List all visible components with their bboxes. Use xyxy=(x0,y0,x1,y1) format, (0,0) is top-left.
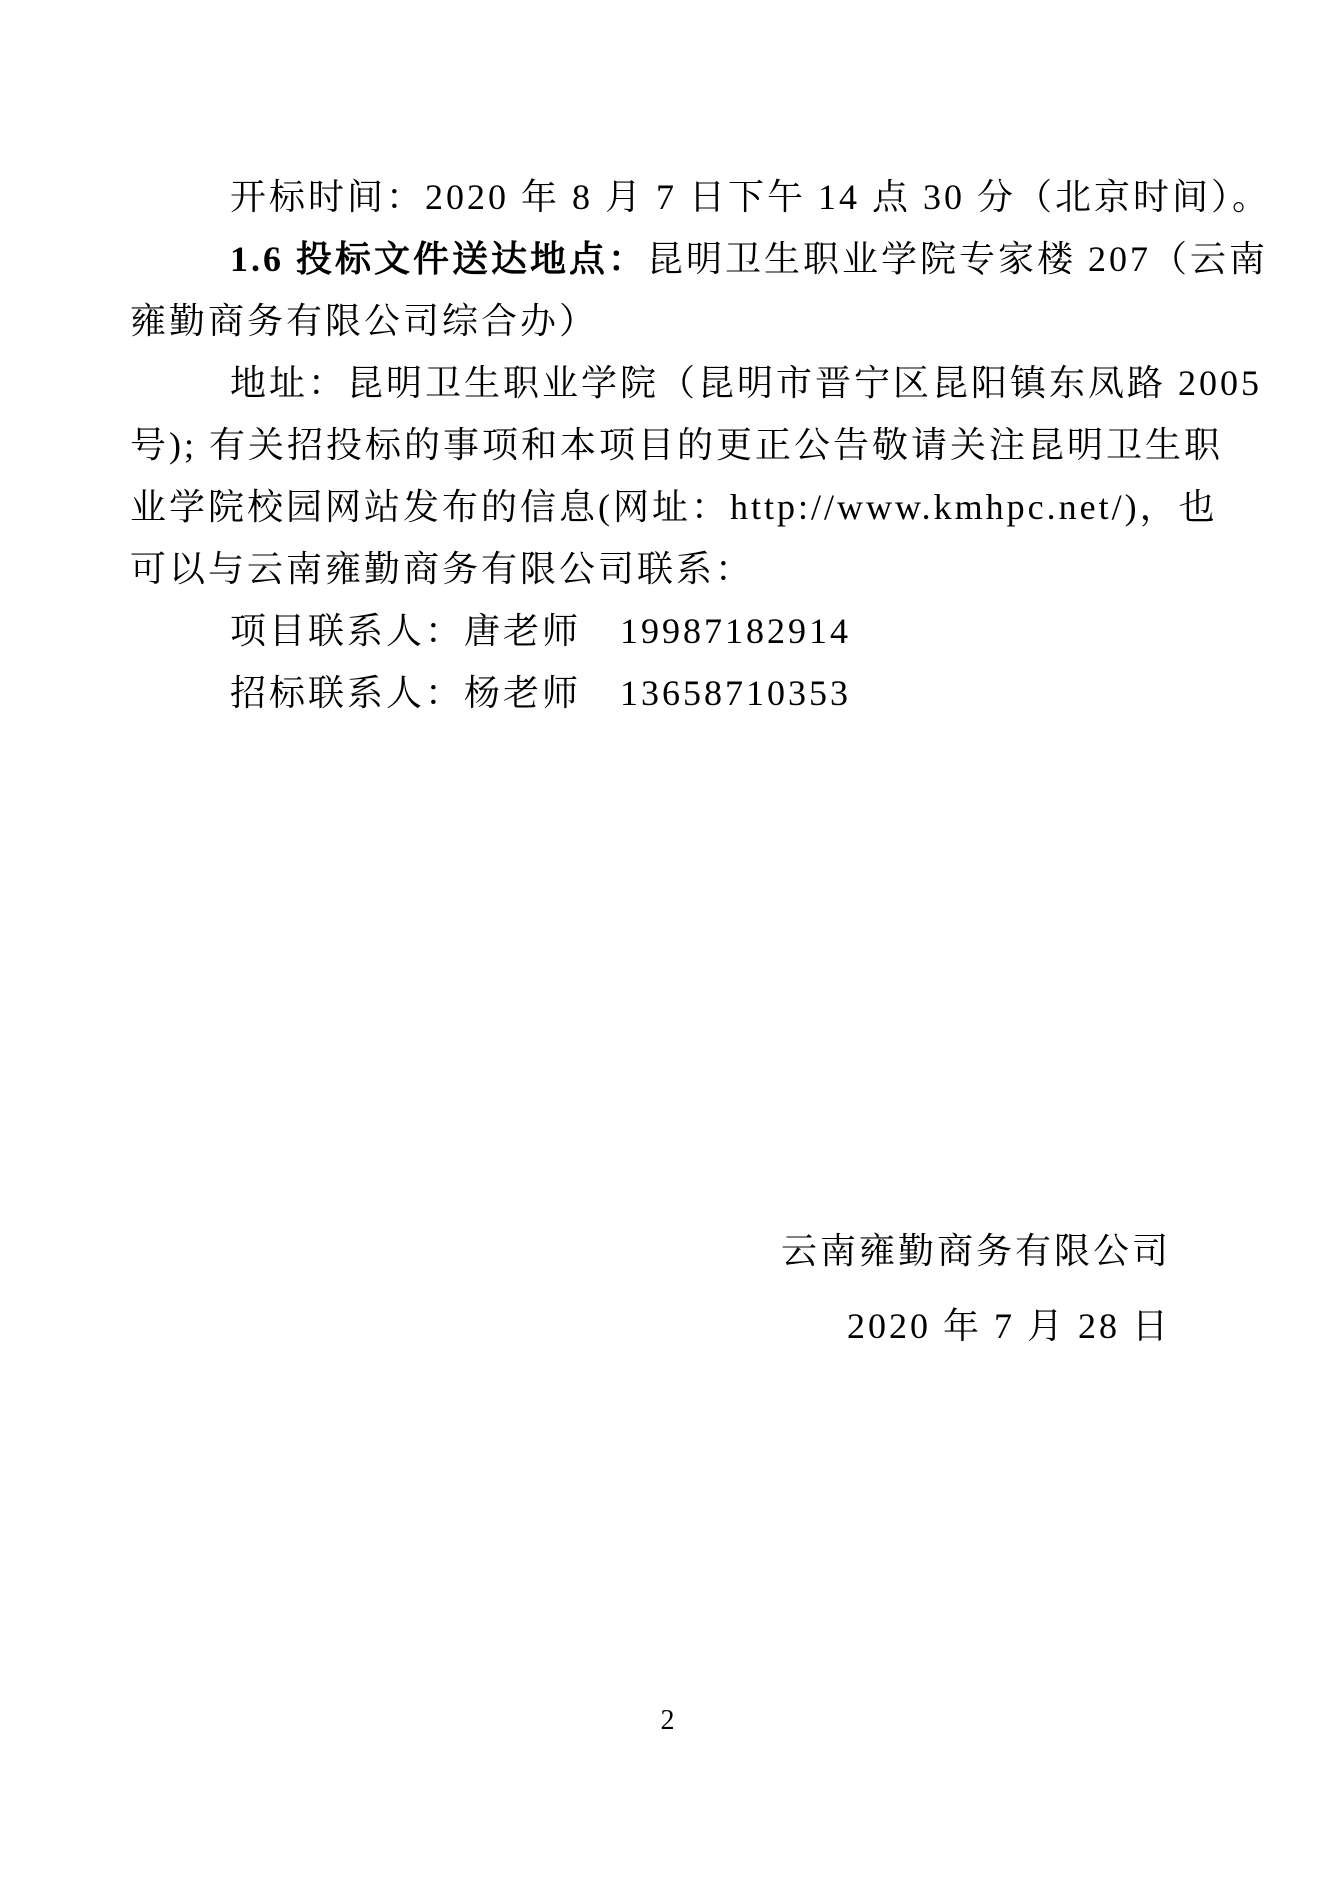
line-text: 地址：昆明卫生职业学院（昆明市晋宁区昆阳镇东凤路 2005 xyxy=(230,363,1262,403)
page-number: 2 xyxy=(661,1705,675,1736)
signature-block: 云南雍勤商务有限公司 2020 年 7 月 28 日 xyxy=(781,1214,1171,1364)
document-body: 开标时间：2020 年 8 月 7 日下午 14 点 30 分（北京时间）。 1… xyxy=(130,166,1220,724)
line-text: 雍勤商务有限公司综合办） xyxy=(130,301,598,341)
line-text: 业学院校园网站发布的信息(网址：http://www.kmhpc.net/)，也 xyxy=(130,487,1218,527)
line-address-cont-1: 号); 有关招投标的事项和本项目的更正公告敬请关注昆明卫生职 xyxy=(130,414,1220,476)
line-text: 项目联系人：唐老师 19987182914 xyxy=(230,611,851,651)
line-text: 可以与云南雍勤商务有限公司联系： xyxy=(130,549,754,589)
line-bid-opening-time: 开标时间：2020 年 8 月 7 日下午 14 点 30 分（北京时间）。 xyxy=(130,166,1220,228)
page-footer: 2 xyxy=(0,1705,1335,1737)
line-text: 开标时间：2020 年 8 月 7 日下午 14 点 30 分（北京时间）。 xyxy=(230,177,1271,217)
clause-number-label: 1.6 投标文件送达地点： xyxy=(230,239,647,279)
document-page: 开标时间：2020 年 8 月 7 日下午 14 点 30 分（北京时间）。 1… xyxy=(0,0,1335,1889)
line-submission-location: 1.6 投标文件送达地点：昆明卫生职业学院专家楼 207（云南 xyxy=(130,228,1220,290)
line-submission-location-cont: 雍勤商务有限公司综合办） xyxy=(130,290,1220,352)
line-text: 招标联系人：杨老师 13658710353 xyxy=(230,673,851,713)
line-project-contact: 项目联系人：唐老师 19987182914 xyxy=(130,600,1220,662)
line-address-cont-3: 可以与云南雍勤商务有限公司联系： xyxy=(130,538,1220,600)
line-text: 号); 有关招投标的事项和本项目的更正公告敬请关注昆明卫生职 xyxy=(130,425,1223,465)
line-address-cont-2-website: 业学院校园网站发布的信息(网址：http://www.kmhpc.net/)，也 xyxy=(130,476,1220,538)
signature-date: 2020 年 7 月 28 日 xyxy=(781,1289,1171,1364)
line-text: 昆明卫生职业学院专家楼 207（云南 xyxy=(647,239,1268,279)
line-address: 地址：昆明卫生职业学院（昆明市晋宁区昆阳镇东凤路 2005 xyxy=(130,352,1220,414)
line-tender-contact: 招标联系人：杨老师 13658710353 xyxy=(130,662,1220,724)
signature-company: 云南雍勤商务有限公司 xyxy=(781,1214,1171,1289)
